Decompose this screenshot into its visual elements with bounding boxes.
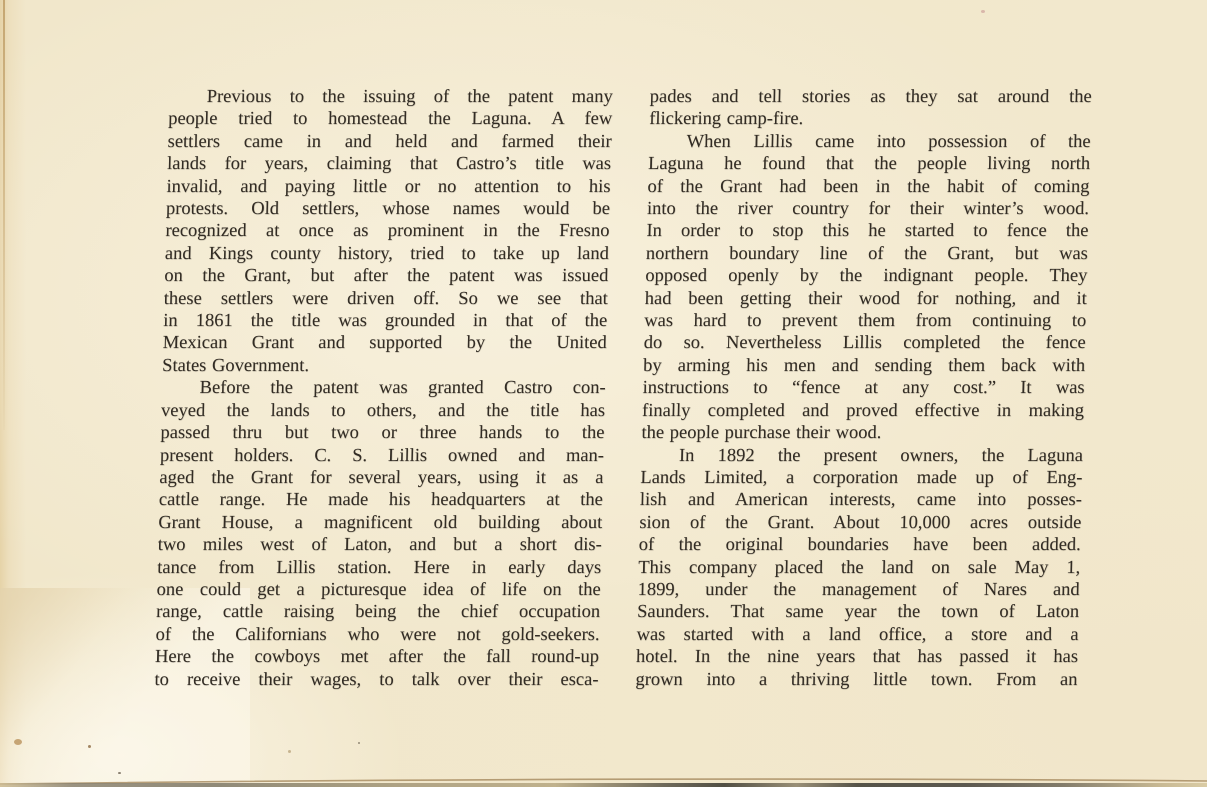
text-line: flickering camp-fire. [649,108,1092,130]
paper-speck [14,739,22,745]
text-line: people tried to homestead the Laguna. A … [168,108,613,130]
paper-speck [118,772,121,774]
text-line: When Lillis came into possession of the [648,131,1091,153]
text-line: veyed the lands to others, and the title… [161,400,606,422]
text-line: and Kings county history, tried to take … [165,243,610,265]
scanned-book-page: Previous to the issuing of the patent ma… [0,0,1207,787]
text-line: to receive their wages, to talk over the… [154,669,599,691]
text-line: 1899, under the management of Nares and [637,579,1080,601]
text-line: recognized at once as prominent in the F… [165,220,610,242]
page-edge-crease [3,0,5,430]
text-line: one could get a picturesque idea of life… [156,579,601,601]
right-text-column: pades and tell stories as they sat aroun… [635,86,1092,691]
text-line: grown into a thriving little town. From … [635,669,1078,691]
text-line: was started with a land office, a store … [636,624,1079,646]
text-line: two miles west of Laton, and but a short… [158,534,603,556]
text-line: range, cattle raising being the chief oc… [156,601,601,623]
page-bottom-shadow [0,783,1207,787]
text-line: sion of the Grant. About 10,000 acres ou… [639,512,1082,534]
text-line: was hard to prevent them from continuing… [644,310,1087,332]
text-line: opposed openly by the indignant people. … [645,265,1088,287]
text-line: In order to stop this he started to fenc… [646,220,1089,242]
paper-speck [288,750,291,753]
text-line: northern boundary line of the Grant, but… [646,243,1089,265]
text-line: States Government. [162,355,607,377]
text-line: hotel. In the nine years that has passed… [636,646,1079,668]
text-line: Lands Limited, a corporation made up of … [640,467,1083,489]
paper-speck [358,742,360,744]
text-line: these settlers were driven off. So we se… [164,288,609,310]
text-line: on the Grant, but after the patent was i… [164,265,609,287]
text-line: Grant House, a magnificent old building … [158,512,603,534]
text-line: aged the Grant for several years, using … [159,467,604,489]
text-line: finally completed and proved effective i… [642,400,1085,422]
text-line: had been getting their wood for nothing,… [645,288,1088,310]
paper-speck [981,10,985,13]
text-line: present holders. C. S. Lillis owned and … [160,445,605,467]
text-line: the people purchase their wood. [641,422,1084,444]
text-line: Mexican Grant and supported by the Unite… [162,332,607,354]
left-text-column: Previous to the issuing of the patent ma… [154,86,613,691]
text-line: Here the cowboys met after the fall roun… [155,646,600,668]
text-line: protests. Old settlers, whose names woul… [166,198,611,220]
text-line: by arming his men and sending them back … [643,355,1086,377]
text-line: in 1861 the title was grounded in that o… [163,310,608,332]
text-line: do so. Nevertheless Lillis completed the… [643,332,1086,354]
text-line: invalid, and paying little or no attenti… [166,176,611,198]
text-line: of the original boundaries have been add… [639,534,1082,556]
text-line: instructions to “fence at any cost.” It … [642,377,1085,399]
text-line: Saunders. That same year the town of Lat… [637,601,1080,623]
paper-speck [88,745,91,748]
text-line: lish and American interests, came into p… [640,489,1083,511]
text-line: tance from Lillis station. Here in early… [157,557,602,579]
text-line: In 1892 the present owners, the Laguna [641,445,1084,467]
text-line: into the river country for their winter’… [647,198,1090,220]
text-line: passed thru but two or three hands to th… [160,422,605,444]
text-line: settlers came in and held and farmed the… [167,131,612,153]
text-line: pades and tell stories as they sat aroun… [649,86,1092,108]
text-line: lands for years, claiming that Castro’s … [167,153,612,175]
text-line: Laguna he found that the people living n… [648,153,1091,175]
text-line: Previous to the issuing of the patent ma… [168,86,613,108]
text-line: of the Grant had been in the habit of co… [647,176,1090,198]
text-line: of the Californians who were not gold-se… [155,624,600,646]
text-line: cattle range. He made his headquarters a… [159,489,604,511]
text-line: Before the patent was granted Castro con… [161,377,606,399]
text-line: This company placed the land on sale May… [638,557,1081,579]
